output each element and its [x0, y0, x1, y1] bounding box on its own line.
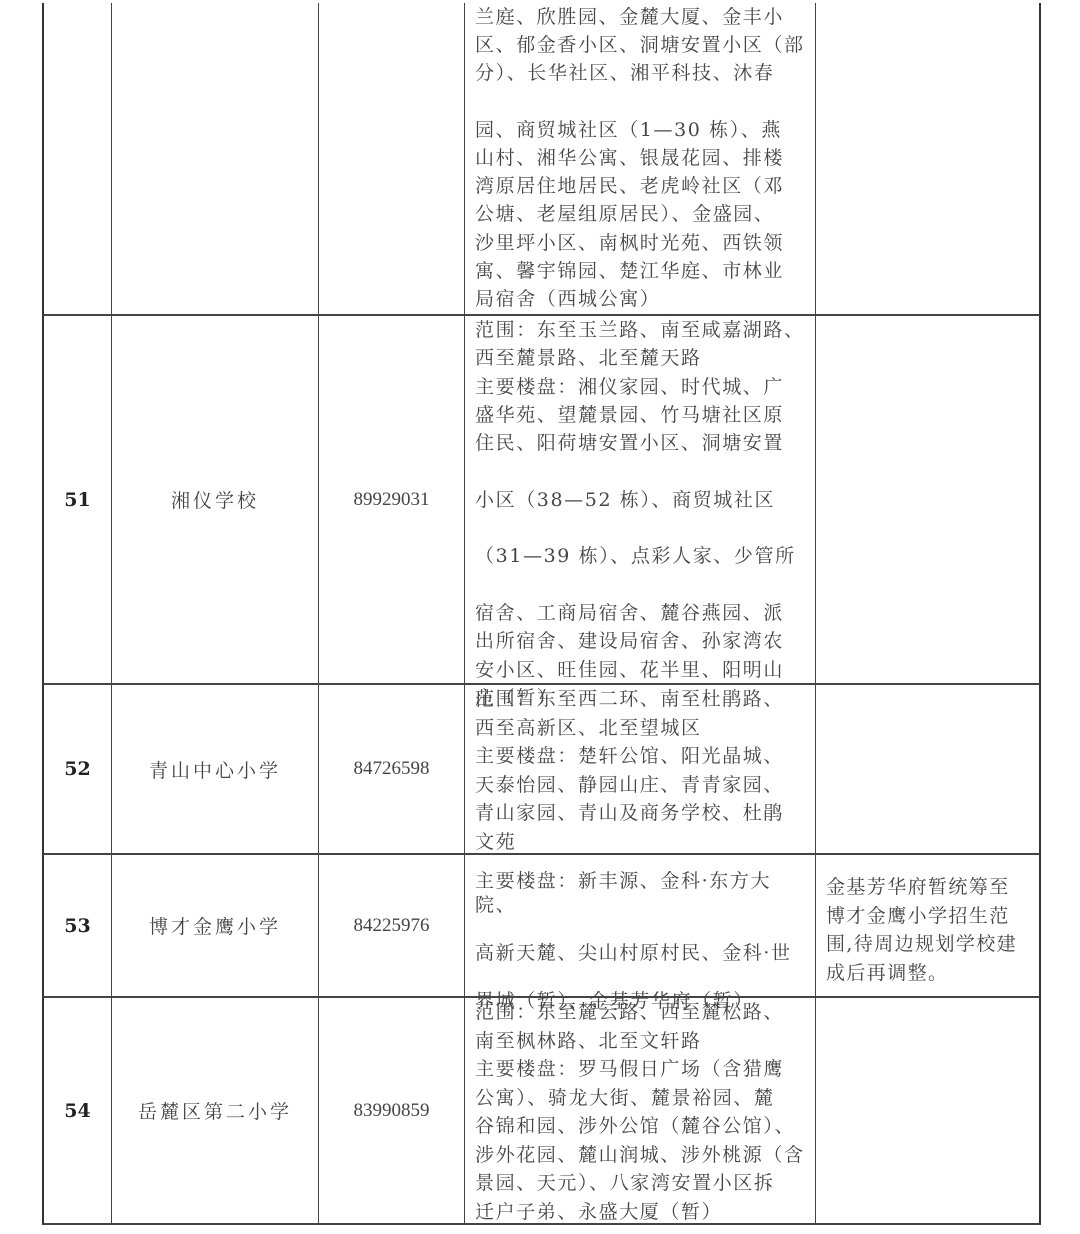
- enrollment-area-text: 范围：东至玉兰路、南至咸嘉湖路、 西至麓景路、北至麓天路 主要楼盘：湘仪家园、时…: [475, 316, 805, 712]
- remark: 金基芳华府暂统筹至 博才金鹰小学招生范 围,待周边规划学校建 成后再调整。: [816, 855, 1039, 996]
- school-name: 青山中心小学: [112, 685, 319, 853]
- school-district-table: 兰庭、欣胜园、金麓大厦、金丰小 区、郁金香小区、洞塘安置小区（部 分）、长华社区…: [42, 3, 1041, 1225]
- school-name: 岳麓区第二小学: [112, 998, 319, 1223]
- table-row: 54 岳麓区第二小学 83990859 范围：东至麓云路、西至麓松路、 南至枫林…: [42, 998, 1041, 1225]
- row-number: 54: [44, 998, 112, 1223]
- table-row: 51 湘仪学校 89929031 范围：东至玉兰路、南至咸嘉湖路、 西至麓景路、…: [42, 316, 1041, 685]
- remark: [816, 3, 1039, 314]
- school-phone: 84726598: [319, 685, 465, 853]
- enrollment-area-text: 范围：东至麓云路、西至麓松路、 南至枫林路、北至文轩路 主要楼盘：罗马假日广场（…: [475, 998, 805, 1226]
- enrollment-area-text: 范围：东至西二环、南至杜鹃路、 西至高新区、北至望城区 主要楼盘：楚轩公馆、阳光…: [475, 685, 784, 856]
- table-row: 兰庭、欣胜园、金麓大厦、金丰小 区、郁金香小区、洞塘安置小区（部 分）、长华社区…: [42, 3, 1041, 316]
- enrollment-area-text: 兰庭、欣胜园、金麓大厦、金丰小 区、郁金香小区、洞塘安置小区（部 分）、长华社区…: [475, 3, 805, 313]
- school-phone: [319, 3, 465, 314]
- remark-text: 金基芳华府暂统筹至 博才金鹰小学招生范 围,待周边规划学校建 成后再调整。: [826, 873, 1017, 987]
- remark: [816, 685, 1039, 853]
- school-name: [112, 3, 319, 314]
- school-phone: 89929031: [319, 316, 465, 683]
- school-name: 博才金鹰小学: [112, 855, 319, 996]
- school-name: 湘仪学校: [112, 316, 319, 683]
- enrollment-area: 范围：东至西二环、南至杜鹃路、 西至高新区、北至望城区 主要楼盘：楚轩公馆、阳光…: [465, 685, 816, 853]
- enrollment-area: 范围：东至玉兰路、南至咸嘉湖路、 西至麓景路、北至麓天路 主要楼盘：湘仪家园、时…: [465, 316, 816, 683]
- enrollment-area-text: 主要楼盘：新丰源、金科·东方大院、 高新天麓、尖山村原村民、金科·世 界城（暂）…: [475, 869, 807, 1013]
- table-row: 53 博才金鹰小学 84225976 主要楼盘：新丰源、金科·东方大院、 高新天…: [42, 855, 1041, 998]
- school-phone: 83990859: [319, 998, 465, 1223]
- enrollment-area: 主要楼盘：新丰源、金科·东方大院、 高新天麓、尖山村原村民、金科·世 界城（暂）…: [465, 855, 816, 996]
- row-number: 52: [44, 685, 112, 853]
- enrollment-area: 兰庭、欣胜园、金麓大厦、金丰小 区、郁金香小区、洞塘安置小区（部 分）、长华社区…: [465, 3, 816, 314]
- remark: [816, 998, 1039, 1223]
- row-number: 51: [44, 316, 112, 683]
- remark: [816, 316, 1039, 683]
- table-row: 52 青山中心小学 84726598 范围：东至西二环、南至杜鹃路、 西至高新区…: [42, 685, 1041, 855]
- row-number: 53: [44, 855, 112, 996]
- school-phone: 84225976: [319, 855, 465, 996]
- row-number: [44, 3, 112, 314]
- enrollment-area: 范围：东至麓云路、西至麓松路、 南至枫林路、北至文轩路 主要楼盘：罗马假日广场（…: [465, 998, 816, 1223]
